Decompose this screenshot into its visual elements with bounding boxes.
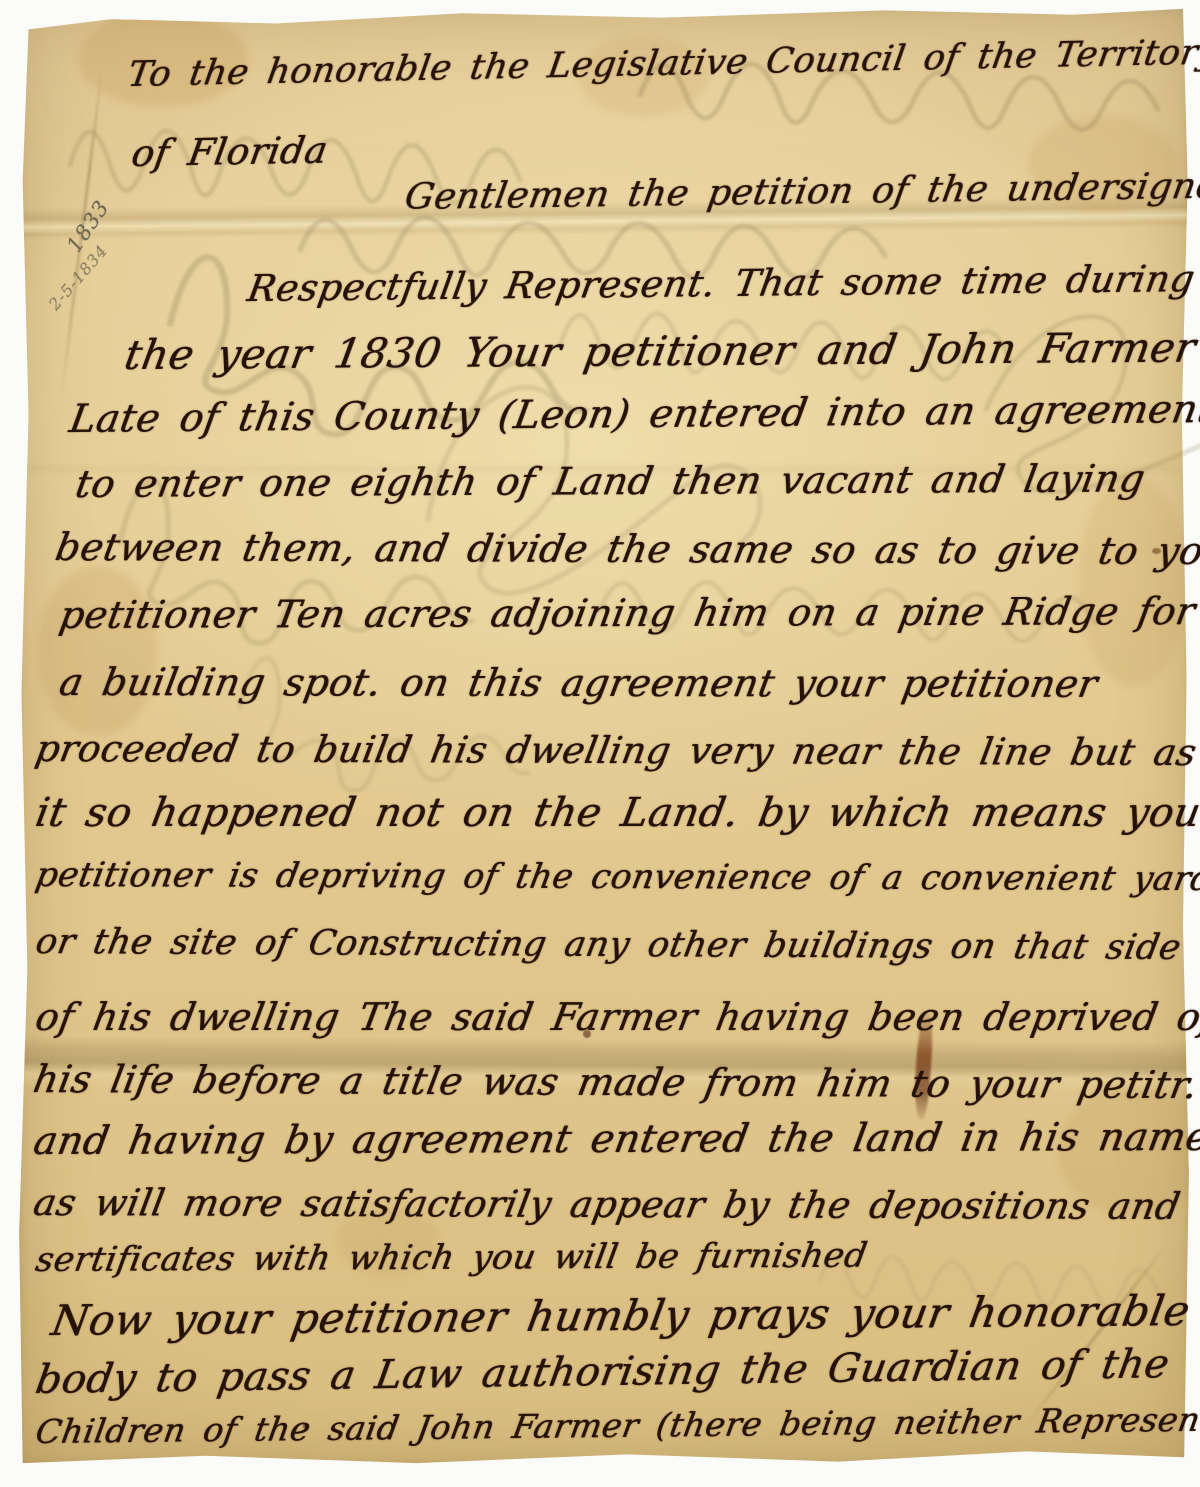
manuscript-line-08: between them, and divide the same so as … xyxy=(53,528,1200,570)
manuscript-line-10: a building spot. on this agreement your … xyxy=(57,663,1101,703)
manuscript-line-04: Respectfully Represent. That some time d… xyxy=(245,260,1197,307)
foxing-spot xyxy=(1078,476,1188,686)
manuscript-line-06: Late of this County (Leon) entered into … xyxy=(67,390,1200,439)
manuscript-line-18: as will more satisfactorily appear by th… xyxy=(31,1184,1183,1225)
manuscript-line-11: proceeded to build his dwelling very nea… xyxy=(33,730,1200,771)
manuscript-line-17: and having by agreement entered the land… xyxy=(31,1118,1200,1161)
manuscript-line-15: of his dwelling The said Farmer having b… xyxy=(33,998,1200,1036)
manuscript-line-05: the year 1830 Your petitioner and John F… xyxy=(122,328,1199,376)
manuscript-line-19: sertificates with which you will be furn… xyxy=(33,1239,870,1277)
scan-background: { "letter": { "kind": "Scanned handwritt… xyxy=(0,0,1200,1487)
manuscript-line-07: to enter one eighth of Land then vacant … xyxy=(73,459,1148,503)
manuscript-line-12: it so happened not on the Land. by which… xyxy=(32,793,1200,833)
manuscript-line-20: Now your petitioner humbly prays your ho… xyxy=(48,1290,1192,1342)
manuscript-line-02: of Florida xyxy=(129,132,330,172)
foxing-spot xyxy=(38,566,158,736)
manuscript-line-16: his life before a title was made from hi… xyxy=(31,1060,1200,1104)
manuscript-line-13: petitioner is depriving of the convenien… xyxy=(33,858,1200,896)
manuscript-line-14: or the site of Constructing any other bu… xyxy=(33,925,1184,966)
manuscript-line-09: petitioner Ten acres adjoining him on a … xyxy=(57,592,1198,634)
